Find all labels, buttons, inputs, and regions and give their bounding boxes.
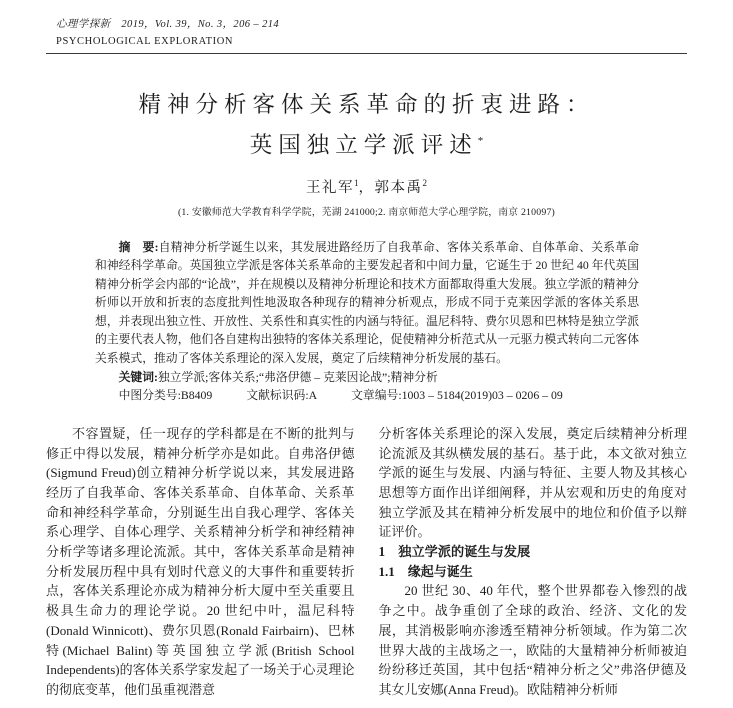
authors-separator: ， bbox=[359, 180, 375, 196]
clc-number: 中图分类号:B8409 bbox=[119, 388, 213, 402]
abstract-paragraph: 摘 要:自精神分析学诞生以来，其发展进路经历了自我革命、客体关系革命、自体革命、… bbox=[95, 238, 639, 368]
article-id: 文章编号:1003 – 5184(2019)03 – 0206 – 09 bbox=[351, 388, 563, 402]
subsection-heading-1-1: 1.1 缘起与诞生 bbox=[379, 562, 688, 582]
journal-english-name: PSYCHOLOGICAL EXPLORATION bbox=[56, 36, 677, 47]
article-title-line2: 英国独立学派评述* bbox=[46, 123, 687, 164]
keywords-paragraph: 关键词:独立学派;客体关系;“弗洛伊德 – 克莱因论战”;精神分析 bbox=[95, 368, 639, 387]
article-title: 精神分析客体关系革命的折衷进路： 英国独立学派评述* bbox=[46, 86, 687, 164]
right-column: 分析客体关系理论的深入发展，奠定后续精神分析理论流派及其纵横发展的基石。基于此，… bbox=[379, 424, 688, 700]
abstract-text: 自精神分析学诞生以来，其发展进路经历了自我革命、客体关系革命、自体革命、关系革命… bbox=[95, 240, 639, 366]
left-column: 不容置疑，任一现存的学科都是在不断的批判与修正中得以发展，精神分析学亦是如此。自… bbox=[46, 424, 355, 700]
left-column-paragraph: 不容置疑，任一现存的学科都是在不断的批判与修正中得以发展，精神分析学亦是如此。自… bbox=[46, 424, 355, 700]
keywords-label: 关键词: bbox=[119, 370, 158, 384]
classification-line: 中图分类号:B8409文献标识码:A文章编号:1003 – 5184(2019)… bbox=[95, 386, 639, 405]
article-title-line1: 精神分析客体关系革命的折衷进路： bbox=[46, 86, 687, 123]
title-footnote-asterisk: * bbox=[478, 135, 484, 147]
keywords-text: 独立学派;客体关系;“弗洛伊德 – 克莱因论战”;精神分析 bbox=[158, 370, 438, 384]
abstract-block: 摘 要:自精神分析学诞生以来，其发展进路经历了自我革命、客体关系革命、自体革命、… bbox=[95, 238, 639, 405]
body-two-columns: 不容置疑，任一现存的学科都是在不断的批判与修正中得以发展，精神分析学亦是如此。自… bbox=[46, 424, 687, 700]
section-heading-1: 1 独立学派的诞生与发展 bbox=[379, 542, 688, 562]
journal-header: 心理学探新 2019，Vol. 39，No. 3，206 – 214 PSYCH… bbox=[46, 14, 687, 54]
author-name-2: 郭本禹 bbox=[375, 180, 423, 196]
article-title-line2-text: 英国独立学派评述 bbox=[250, 133, 478, 158]
paper-page: 心理学探新 2019，Vol. 39，No. 3，206 – 214 PSYCH… bbox=[0, 0, 733, 708]
right-column-paragraph-1: 分析客体关系理论的深入发展，奠定后续精神分析理论流派及其纵横发展的基石。基于此，… bbox=[379, 424, 688, 542]
abstract-label: 摘 要: bbox=[119, 240, 159, 254]
right-column-paragraph-2: 20 世纪 30、40 年代，整个世界都卷入惨烈的战争之中。战争重创了全球的政治… bbox=[379, 581, 688, 699]
document-code: 文献标识码:A bbox=[246, 388, 317, 402]
journal-citation-line: 心理学探新 2019，Vol. 39，No. 3，206 – 214 bbox=[56, 16, 677, 31]
author-affil-sup-2: 2 bbox=[423, 178, 428, 188]
authors-line: 王礼军1，郭本禹2 bbox=[46, 176, 687, 197]
affiliation-line: (1. 安徽师范大学教育科学学院，芜湖 241000;2. 南京师范大学心理学院… bbox=[46, 204, 687, 218]
author-name-1: 王礼军 bbox=[306, 180, 354, 196]
